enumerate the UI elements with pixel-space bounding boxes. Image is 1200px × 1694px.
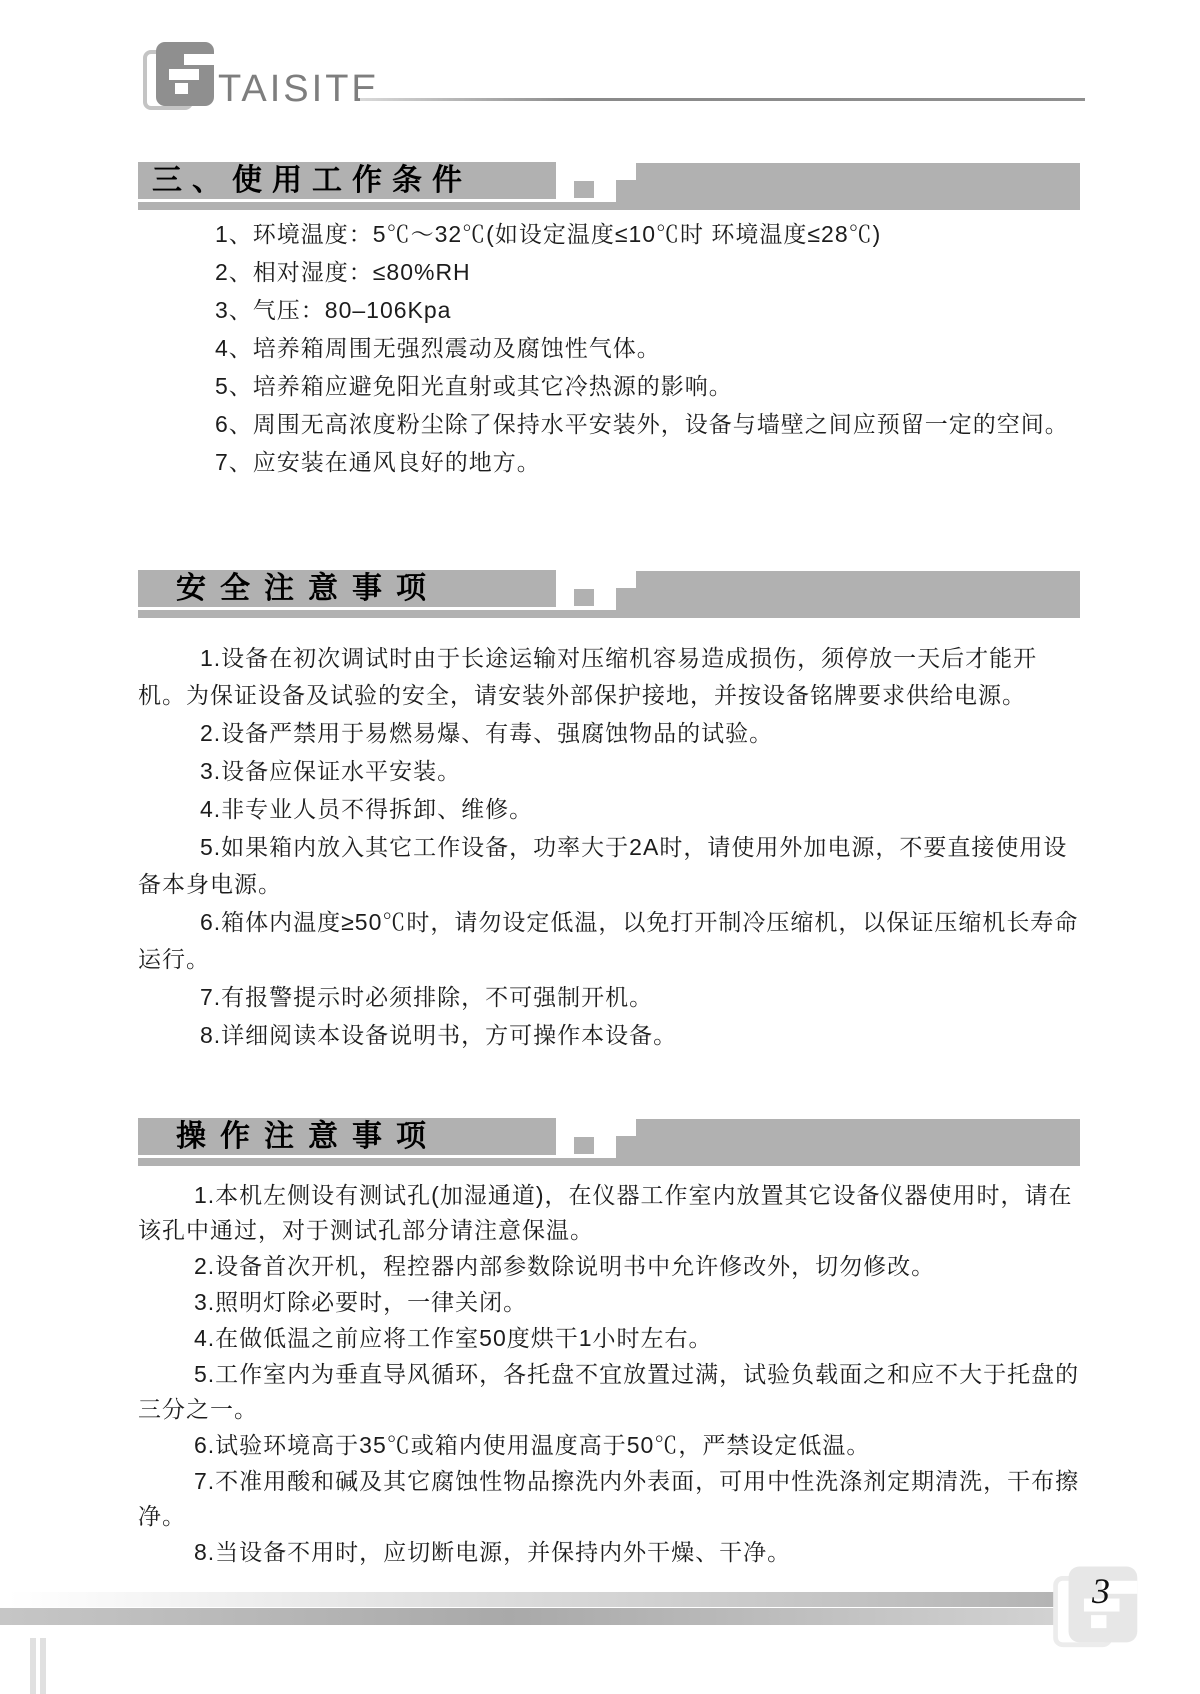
- section-title: 安全注意事项: [138, 570, 556, 607]
- footer-bar-top: [8, 1592, 1054, 1607]
- banner-step-icon: [616, 588, 636, 610]
- banner-thin-bar: [138, 610, 1080, 618]
- paragraph: 2.设备严禁用于易燃易爆、有毒、强腐蚀物品的试验。: [138, 715, 1084, 752]
- banner-right-bar: [636, 163, 1080, 202]
- banner-step-icon: [616, 1136, 636, 1158]
- paragraph: 7.有报警提示时必须排除，不可强制开机。: [138, 979, 1084, 1016]
- list-item: 7、应安装在通风良好的地方。: [138, 444, 1082, 481]
- banner-title-bar: 三、使用工作条件: [138, 162, 556, 199]
- paragraph: 1.设备在初次调试时由于长途运输对压缩机容易造成损伤，须停放一天后才能开机。为保…: [138, 640, 1084, 714]
- banner-square-icon: [574, 589, 594, 606]
- list-item: 6、周围无高浓度粉尘除了保持水平安装外，设备与墙壁之间应预留一定的空间。: [138, 406, 1082, 443]
- page-corner-mark: [30, 1638, 46, 1694]
- section-banner-operation: 操作注意事项: [138, 1106, 1080, 1168]
- list-item: 4、培养箱周围无强烈震动及腐蚀性气体。: [138, 330, 1082, 367]
- banner-title-bar: 安全注意事项: [138, 570, 556, 607]
- banner-right-bar: [636, 1119, 1080, 1158]
- brand-text: TAISITE: [218, 68, 380, 111]
- operation-notes: 1.本机左侧设有测试孔(加湿通道)，在仪器工作室内放置其它设备仪器使用时，请在该…: [138, 1178, 1084, 1571]
- paragraph: 2.设备首次开机，程控器内部参数除说明书中允许修改外，切勿修改。: [138, 1249, 1084, 1284]
- section-banner-safety: 安全注意事项: [138, 558, 1080, 620]
- banner-square-icon: [574, 181, 594, 198]
- paragraph: 6.箱体内温度≥50℃时，请勿设定低温，以免打开制冷压缩机，以保证压缩机长寿命运…: [138, 904, 1084, 978]
- list-item: 2、相对湿度：≤80%RH: [138, 254, 1082, 291]
- section-title: 三、使用工作条件: [138, 162, 556, 199]
- banner-title-bar: 操作注意事项: [138, 1118, 556, 1155]
- taisite-logo-icon: [142, 38, 218, 116]
- paragraph: 4.在做低温之前应将工作室50度烘干1小时左右。: [138, 1321, 1084, 1356]
- paragraph: 5.工作室内为垂直导风循环，各托盘不宜放置过满，试验负载面之和应不大于托盘的三分…: [138, 1357, 1084, 1427]
- section-banner-conditions: 三、使用工作条件: [138, 150, 1080, 212]
- paragraph: 8.当设备不用时，应切断电源，并保持内外干燥、干净。: [138, 1535, 1084, 1570]
- paragraph: 5.如果箱内放入其它工作设备，功率大于2A时，请使用外加电源，不要直接使用设备本…: [138, 829, 1084, 903]
- footer-bar-bottom: [0, 1608, 1132, 1625]
- paragraph: 4.非专业人员不得拆卸、维修。: [138, 791, 1084, 828]
- paragraph: 6.试验环境高于35℃或箱内使用温度高于50℃，严禁设定低温。: [138, 1428, 1084, 1463]
- banner-step-icon: [616, 180, 636, 202]
- conditions-list: 1、环境温度：5℃～32℃(如设定温度≤10℃时 环境温度≤28℃) 2、相对湿…: [138, 216, 1082, 482]
- banner-thin-bar: [138, 1158, 1080, 1166]
- paragraph: 8.详细阅读本设备说明书，方可操作本设备。: [138, 1017, 1084, 1054]
- paragraph: 3.照明灯除必要时，一律关闭。: [138, 1285, 1084, 1320]
- manual-page: TAISITE 三、使用工作条件 1、环境温度：5℃～32℃(如设定温度≤10℃…: [0, 0, 1200, 1694]
- list-item: 3、气压：80–106Kpa: [138, 292, 1082, 329]
- safety-notes: 1.设备在初次调试时由于长途运输对压缩机容易造成损伤，须停放一天后才能开机。为保…: [138, 640, 1084, 1055]
- banner-right-bar: [636, 571, 1080, 610]
- page-number: 3: [1092, 1570, 1110, 1612]
- banner-square-icon: [574, 1137, 594, 1154]
- list-item: 5、培养箱应避免阳光直射或其它冷热源的影响。: [138, 368, 1082, 405]
- section-title: 操作注意事项: [138, 1118, 556, 1155]
- header-rule: [360, 98, 1085, 101]
- list-item: 1、环境温度：5℃～32℃(如设定温度≤10℃时 环境温度≤28℃): [138, 216, 1082, 253]
- page-header: TAISITE: [142, 38, 1087, 122]
- paragraph: 1.本机左侧设有测试孔(加湿通道)，在仪器工作室内放置其它设备仪器使用时，请在该…: [138, 1178, 1084, 1248]
- banner-thin-bar: [138, 202, 1080, 210]
- paragraph: 7.不准用酸和碱及其它腐蚀性物品擦洗内外表面，可用中性洗涤剂定期清洗，干布擦净。: [138, 1464, 1084, 1534]
- paragraph: 3.设备应保证水平安装。: [138, 753, 1084, 790]
